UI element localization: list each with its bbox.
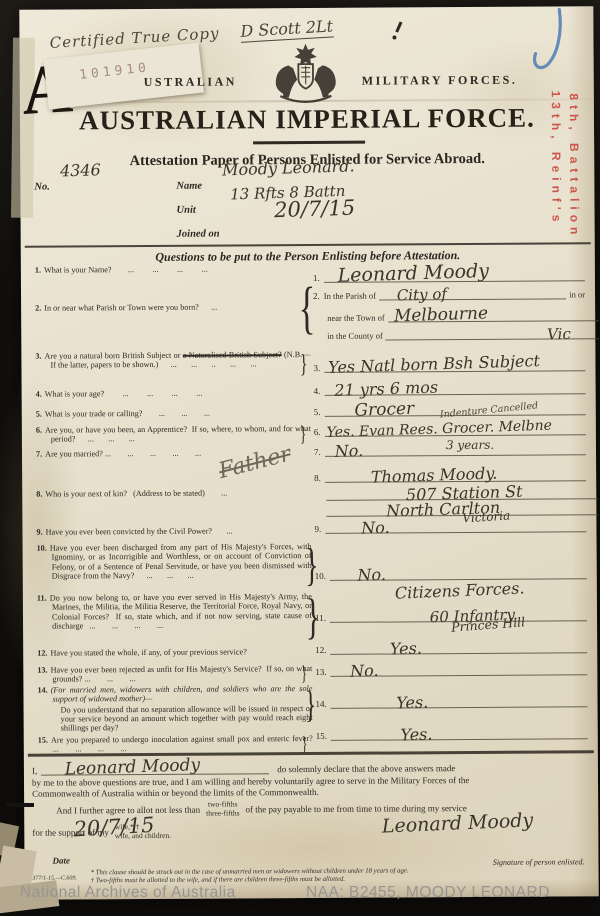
town-label: near the Town of	[327, 313, 385, 323]
handwritten-answer: Yes.	[396, 692, 429, 712]
question-5: 5.What is your trade or calling? ... ...…	[36, 408, 311, 419]
question-text: What is your trade or calling? ... ... .…	[45, 409, 210, 419]
answer-6: 6. Yes. Evan Rees. Grocer. Melbne	[314, 418, 586, 437]
field-name-value: Moody Leonard.	[222, 156, 355, 179]
handwritten-answer: Vic	[547, 325, 571, 344]
fraction-stack: two-fifthsthree-fifths	[206, 800, 239, 817]
answer-number: 15.	[316, 731, 327, 741]
question-9: 9.Have you ever been convicted by the Ci…	[36, 526, 311, 537]
certifier-signature: D Scott 2Lt	[240, 16, 334, 42]
answer-2-parish: 2. In the Parish of City of in or	[313, 282, 585, 301]
brace-icon: }	[302, 735, 308, 753]
question-number: 5.	[36, 410, 42, 419]
question-13: 13.Have you ever been rejected as unfit …	[37, 664, 312, 684]
answer-line: Yes.	[331, 690, 588, 709]
handwritten-answer: City of	[396, 285, 447, 305]
question-10: 10.Have you ever been discharged from an…	[37, 542, 312, 581]
handwritten-answer: Yes.	[390, 638, 423, 658]
registry-number: 101910	[79, 60, 151, 83]
answer-8-line1: 8. Thomas Moody.	[314, 464, 586, 483]
question-text: What is your age? ... ... ... ...	[45, 389, 203, 399]
handwritten-answer: Citizens Forces.	[395, 578, 525, 602]
answer-line: 21 yrs 6 mos	[324, 377, 585, 396]
question-number: 8.	[36, 490, 42, 499]
brace-icon: }	[301, 665, 307, 683]
question-text: Have you stated the whole, if any, of yo…	[50, 647, 246, 657]
question-4: 4.What is your age? ... ... ... ...	[36, 388, 311, 399]
brace-icon: }	[300, 352, 308, 375]
question-text: What is your Name? ... ... ... ...	[44, 265, 208, 275]
watermark-left: National Archives of Australia	[20, 884, 236, 902]
question-text: Have you ever been discharged from any p…	[50, 542, 314, 581]
declaration-name-line: Leonard Moody	[41, 758, 269, 775]
question-number: 2.	[35, 304, 41, 313]
document-scan: Certified True Copy D Scott 2Lt A 101910…	[0, 0, 600, 916]
question-text: Have you ever been convicted by the Civi…	[46, 526, 233, 536]
answer-number: 2.	[313, 291, 320, 301]
title-underline	[253, 141, 365, 145]
answer-number: 13.	[315, 667, 326, 677]
handwritten-answer: No.	[350, 661, 379, 681]
question-number: 3.	[35, 352, 41, 361]
answer-12: 12. Yes.	[315, 636, 587, 655]
answer-number: 10.	[315, 571, 326, 581]
answer-3: 3. Yes Natl born Bsh Subject	[313, 354, 585, 373]
question-3: 3.Are you a natural born British Subject…	[35, 350, 310, 370]
answer-number: 11.	[315, 613, 326, 623]
handwritten-answer: Grocer	[354, 399, 414, 421]
declaration-line-3: Commonwealth of Australia within or beyo…	[32, 785, 590, 798]
question-number: 12.	[37, 649, 47, 658]
watermark-right: NAA: B2455, MOODY LEONARD	[306, 884, 550, 902]
checkmark-icon	[519, 6, 567, 78]
answer-line: Melbourne	[388, 304, 600, 322]
answer-line: Thomas Moody.	[325, 464, 586, 483]
handwritten-answer: No.	[334, 441, 363, 461]
in-or-text: in or	[569, 289, 585, 299]
field-no-label: No.	[34, 182, 50, 193]
red-unit-stamp-line2: 8th, Battalion	[567, 93, 582, 239]
question-number: 11.	[37, 594, 47, 603]
handwritten-answer: No.	[361, 518, 390, 538]
page-title: AUSTRALIAN IMPERIAL FORCE.	[20, 102, 594, 137]
answer-line: Yes.	[331, 722, 588, 741]
answer-number: 3.	[313, 363, 320, 373]
declaration-intro: I,	[32, 766, 37, 776]
answer-line: No.	[330, 562, 587, 581]
allotment-post-text: of the pay payable to me from time to ti…	[245, 803, 466, 814]
handwritten-answer: 21 yrs 6 mos	[334, 378, 438, 400]
question-6: 6.Are you, or have you been, an Apprenti…	[36, 424, 311, 444]
answer-number: 8.	[314, 473, 321, 483]
question-text: Are you a natural born British Subject o…	[45, 351, 183, 361]
answer-8-line3: North Carlton	[314, 498, 598, 517]
question-number: 4.	[36, 390, 42, 399]
answer-number: 9.	[314, 524, 321, 534]
answer-number: 6.	[314, 427, 321, 437]
answer-13: 13. No.	[315, 658, 587, 677]
answer-2-town: near the Town of Melbourne	[313, 304, 599, 323]
red-unit-stamp-line1: 13th, Reinf's	[549, 91, 564, 227]
answer-number: 14.	[316, 699, 327, 709]
brace-icon: }	[300, 424, 306, 444]
question-number: 15.	[38, 736, 48, 745]
header-right-text: MILITARY FORCES.	[362, 73, 518, 89]
answer-15: 15. Yes.	[316, 722, 588, 741]
answer-line: No.	[325, 515, 586, 534]
handwritten-answer: Yes Natl born Bsh Subject	[328, 351, 540, 377]
left-margin-dash	[6, 803, 34, 807]
answer-9: 9. No.	[314, 515, 586, 534]
field-joined-label: Joined on	[177, 229, 220, 240]
question-14: 14.(For married men, widowers with child…	[37, 684, 312, 733]
ink-mark	[395, 21, 402, 32]
answer-line: Vic	[386, 322, 600, 340]
answer-7: 7. No.	[314, 438, 586, 457]
question-1: 1.What is your Name? ... ... ... ...	[35, 264, 310, 275]
answer-line: Yes. Evan Rees. Grocer. Melbne	[325, 418, 586, 437]
handwritten-answer: No.	[357, 565, 386, 585]
county-label: in the County of	[327, 331, 383, 341]
question-12: 12.Have you stated the whole, if any, of…	[37, 647, 312, 658]
question-number: 10.	[37, 544, 47, 553]
question-number: 6.	[36, 426, 42, 435]
handwritten-answer: Yes.	[400, 724, 433, 744]
answer-4: 4. 21 yrs 6 mos	[314, 377, 586, 396]
answer-line: Leonard Moody	[324, 264, 585, 283]
answer-number: 5.	[314, 407, 321, 417]
header-left-text: USTRALIAN	[144, 74, 237, 90]
field-unit-label: Unit	[176, 205, 195, 216]
answer-number: 4.	[314, 386, 321, 396]
question-number: 7.	[36, 450, 42, 459]
field-joined-value: 20/7/15	[274, 196, 356, 223]
question-italic-text: (For married men, widowers with children…	[51, 684, 315, 704]
question-text: Are you prepared to undergo inoculation …	[51, 734, 329, 754]
field-name-label: Name	[176, 181, 202, 192]
handwritten-answer: Yes. Evan Rees. Grocer. Melbne	[326, 418, 552, 441]
answer-line: No.	[331, 658, 588, 677]
ink-mark	[392, 35, 396, 39]
question-8: 8.Who is your next of kin? (Address to b…	[36, 488, 311, 499]
answer-14: 14. Yes.	[315, 690, 587, 709]
declaration-line-1: I, Leonard Moody do solemnly declare tha…	[32, 756, 590, 775]
question-text: Do you now belong to, or have you ever s…	[50, 592, 314, 631]
questions-heading: Questions to be put to the Person Enlist…	[21, 247, 595, 266]
date-label: Date	[52, 855, 70, 865]
answer-2-county: in the County of Vic	[313, 322, 599, 341]
question-text: Are you, or have you been, an Apprentice…	[45, 424, 313, 444]
question-text: Have you ever been rejected as unfit for…	[51, 664, 315, 684]
question-2: 2.In or near what Parish or Town were yo…	[35, 302, 310, 313]
answer-10: 10. No.	[315, 562, 587, 581]
question-number: 13.	[37, 666, 47, 675]
fraction-bottom: three-fifths	[206, 809, 239, 818]
question-text: Who is your next of kin? (Address to be …	[45, 488, 227, 498]
declaration-text: do solemnly declare that the above answe…	[277, 763, 455, 774]
question-number: 9.	[36, 528, 42, 537]
question-text: Do you understand that no separation all…	[53, 704, 313, 734]
struck-text: a Naturalised British Subject?	[183, 350, 282, 360]
question-number: 1.	[35, 266, 41, 275]
question-text: In or near what Parish or Town were you …	[44, 303, 217, 313]
attestation-paper: Certified True Copy D Scott 2Lt A 101910…	[19, 6, 598, 899]
field-no-value: 4346	[60, 160, 101, 180]
answer-1: 1. Leonard Moody	[313, 264, 585, 283]
question-text: Are you married? ... ... ... ... ...	[45, 449, 201, 459]
answer-line: Yes Natl born Bsh Subject	[324, 354, 585, 373]
answer-line: No.	[325, 438, 586, 457]
coat-of-arms-icon	[260, 44, 352, 107]
answer-number: 12.	[315, 645, 326, 655]
date-value: 20/7/15	[73, 813, 155, 842]
question-number: 14.	[37, 686, 47, 695]
parish-label: In the Parish of	[324, 291, 376, 301]
question-11: 11.Do you now belong to, or have you eve…	[37, 592, 312, 631]
answer-line: Yes.	[330, 636, 587, 655]
answer-line: City of	[379, 282, 566, 300]
answer-number: 7.	[314, 447, 321, 457]
